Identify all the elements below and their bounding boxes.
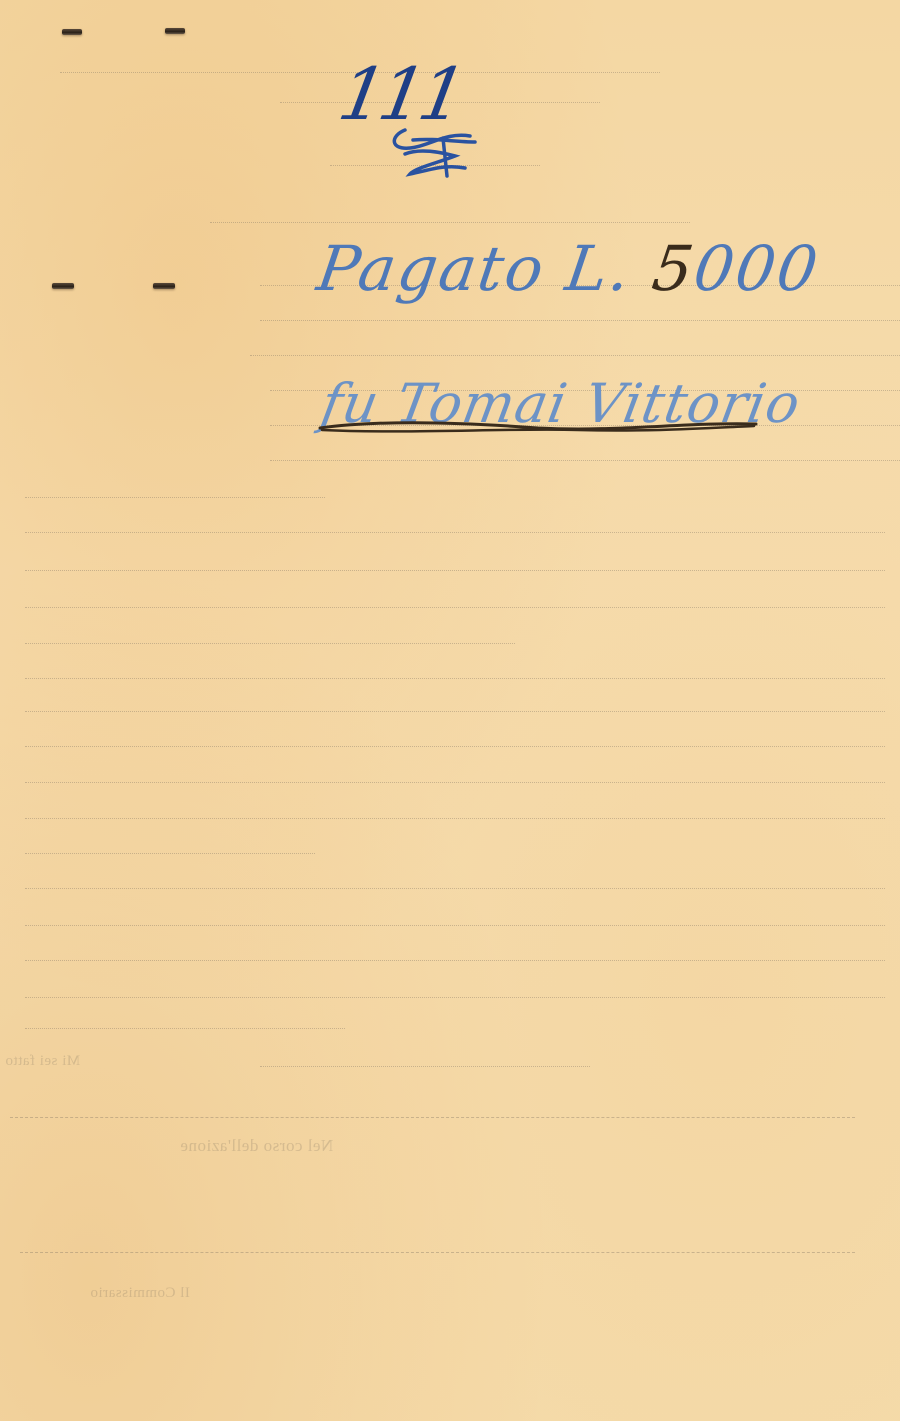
form-line xyxy=(25,925,885,926)
staple-mark xyxy=(165,28,185,34)
form-line xyxy=(25,711,885,712)
form-line xyxy=(20,1252,855,1253)
form-line xyxy=(25,678,885,679)
payment-currency: L. xyxy=(561,232,636,305)
staple-mark xyxy=(52,283,74,289)
form-line xyxy=(260,1066,590,1067)
payment-amount-rest: 000 xyxy=(689,232,824,305)
document-page: Nel corso dell'azione Il Commissario Mi … xyxy=(0,0,900,1421)
form-line xyxy=(25,997,885,998)
payment-prefix: Pagato xyxy=(313,232,572,305)
scribble-mark xyxy=(385,118,485,180)
form-line xyxy=(260,320,900,321)
bleed-through-text: Il Commissario xyxy=(90,1285,190,1302)
bleed-through-text: Mi sei fatto xyxy=(5,1053,80,1070)
form-line xyxy=(210,222,690,223)
form-line xyxy=(250,355,900,356)
form-line xyxy=(25,643,515,644)
form-line xyxy=(25,1028,345,1029)
staple-mark xyxy=(153,283,175,289)
form-line xyxy=(25,960,885,961)
form-line xyxy=(25,818,885,819)
staple-mark xyxy=(62,29,82,35)
form-line xyxy=(270,460,900,461)
form-line xyxy=(10,1117,855,1118)
form-line xyxy=(25,570,885,571)
bleed-through-text: Nel corso dell'azione xyxy=(180,1136,333,1156)
form-line xyxy=(25,532,885,533)
form-line xyxy=(25,888,885,889)
payment-note: Pagato L. 5000 xyxy=(313,232,824,305)
form-line xyxy=(25,746,885,747)
strike-through-mark xyxy=(318,418,758,436)
form-line xyxy=(25,497,325,498)
form-line xyxy=(25,782,885,783)
form-line xyxy=(25,853,315,854)
form-line xyxy=(25,607,885,608)
